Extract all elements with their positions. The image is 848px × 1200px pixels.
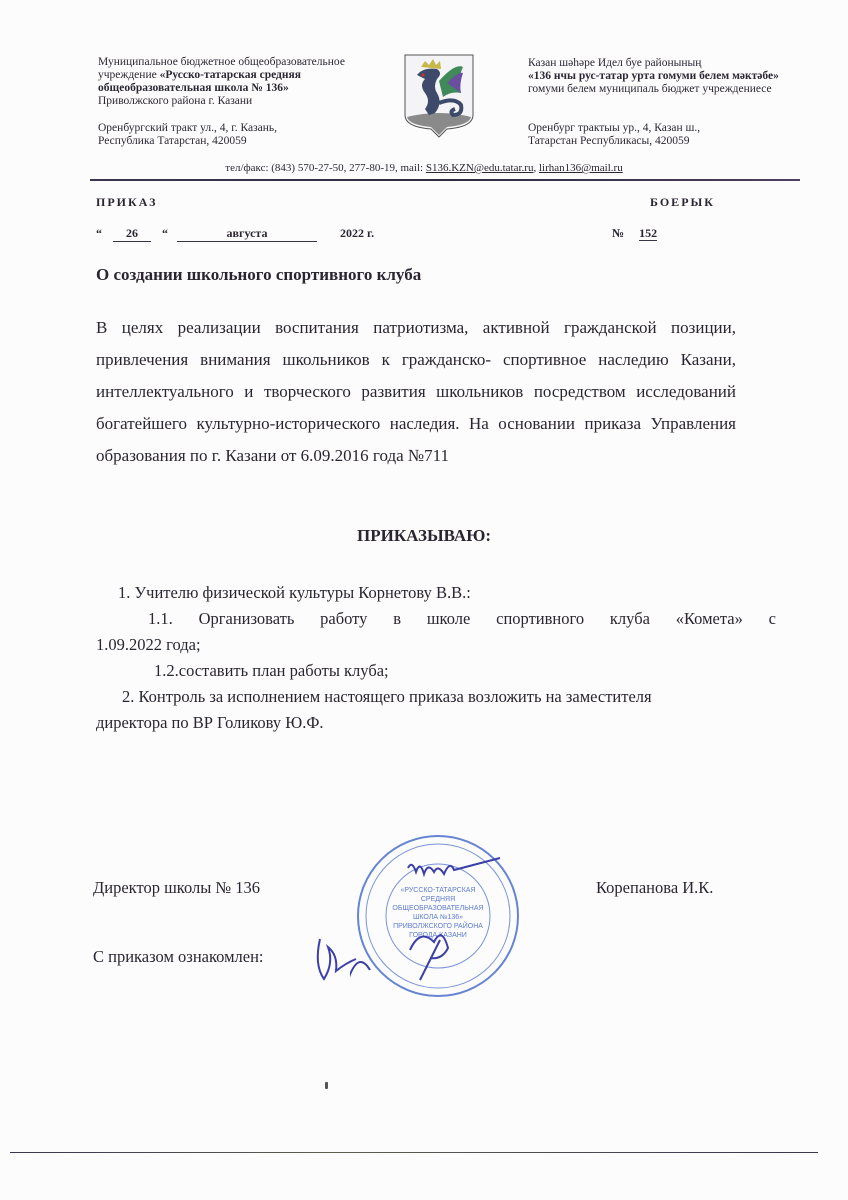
official-stamp-icon: «РУССКО-ТАТАРСКАЯ СРЕДНЯЯ ОБЩЕОБРАЗОВАТЕ… — [350, 830, 525, 1005]
contact-line: тел/факс: (843) 570-27-50, 277-80-19, ma… — [0, 162, 848, 174]
signatory-name: Корепанова И.К. — [596, 878, 713, 898]
header-right-block: Казан шәһәре Идел буе районының «136 нчы… — [528, 57, 828, 148]
org-address-line1: Оренбургский тракт ул., 4, г. Казань, — [98, 122, 398, 135]
org-name-tt-line3: гомуми белем муниципаль бюджет учреждени… — [528, 83, 828, 96]
order-label-tt: БОЕРЫК — [650, 195, 715, 210]
org-address-tt-line1: Оренбург трактыы ур., 4, Казан ш., — [528, 122, 828, 135]
header-divider — [90, 179, 800, 181]
order-heading: ПРИКАЗЫВАЮ: — [0, 526, 848, 546]
order-day: 26 — [113, 226, 151, 242]
signatory-role: Директор школы № 136 — [93, 878, 260, 898]
order-label-ru: ПРИКАЗ — [96, 195, 157, 210]
org-name-tt-line2: «136 нчы рус-татар урта гомуми белем мәк… — [528, 70, 828, 83]
order-item-1-2: 1.2.составить план работы клуба; — [96, 658, 776, 684]
org-address-line2: Республика Татарстан, 420059 — [98, 135, 398, 148]
email-link-mail[interactable]: lirhan136@mail.ru — [539, 162, 623, 174]
order-item-1-1-cont: 1.09.2022 года; — [96, 632, 776, 658]
order-year: 2022 г. — [340, 226, 374, 241]
org-name-tt-line1: Казан шәһәре Идел буе районының — [528, 57, 828, 70]
coat-of-arms-icon — [403, 53, 475, 138]
svg-text:«РУССКО-ТАТАРСКАЯ: «РУССКО-ТАТАРСКАЯ — [400, 887, 475, 894]
header-left-block: Муниципальное бюджетное общеобразователь… — [98, 56, 398, 148]
svg-text:СРЕДНЯЯ: СРЕДНЯЯ — [421, 896, 455, 903]
document-title: О создании школьного спортивного клуба — [96, 265, 421, 285]
order-item-1-1: 1.1. Организовать работу в школе спортив… — [96, 606, 776, 632]
order-item-1: 1. Учителю физической культуры Корнетову… — [96, 580, 776, 606]
order-item-2-cont: директора по ВР Голикову Ю.Ф. — [96, 710, 776, 736]
org-name-line1: Муниципальное бюджетное общеобразователь… — [98, 56, 398, 69]
svg-text:ОБЩЕОБРАЗОВАТЕЛЬНАЯ: ОБЩЕОБРАЗОВАТЕЛЬНАЯ — [392, 905, 483, 912]
order-number: № 152 — [612, 226, 657, 241]
acknowledgement-signature-icon — [312, 935, 362, 985]
preamble-paragraph: В целях реализации воспитания патриотизм… — [96, 312, 736, 472]
org-name-line3: общеобразовательная школа № 136» — [98, 82, 398, 95]
org-name-line2: учреждение «Русско-татарская средняя — [98, 69, 398, 82]
order-items: 1. Учителю физической культуры Корнетову… — [96, 580, 776, 736]
org-district: Приволжского района г. Казани — [98, 95, 398, 108]
footer-divider — [10, 1152, 818, 1153]
order-date: “ 26 “ августа 2022 г. — [96, 226, 374, 242]
email-link-school[interactable]: S136.KZN@edu.tatar.ru — [426, 162, 534, 174]
order-item-2: 2. Контроль за исполнением настоящего пр… — [96, 684, 776, 710]
acknowledgement-label: С приказом ознакомлен: — [93, 947, 264, 967]
scan-speck — [325, 1082, 328, 1089]
svg-text:ПРИВОЛЖСКОГО РАЙОНА: ПРИВОЛЖСКОГО РАЙОНА — [393, 921, 483, 930]
svg-text:ШКОЛА №136»: ШКОЛА №136» — [413, 914, 463, 921]
org-address-tt-line2: Татарстан Республикасы, 420059 — [528, 135, 828, 148]
order-number-value: 152 — [639, 226, 657, 241]
order-month: августа — [177, 226, 317, 242]
